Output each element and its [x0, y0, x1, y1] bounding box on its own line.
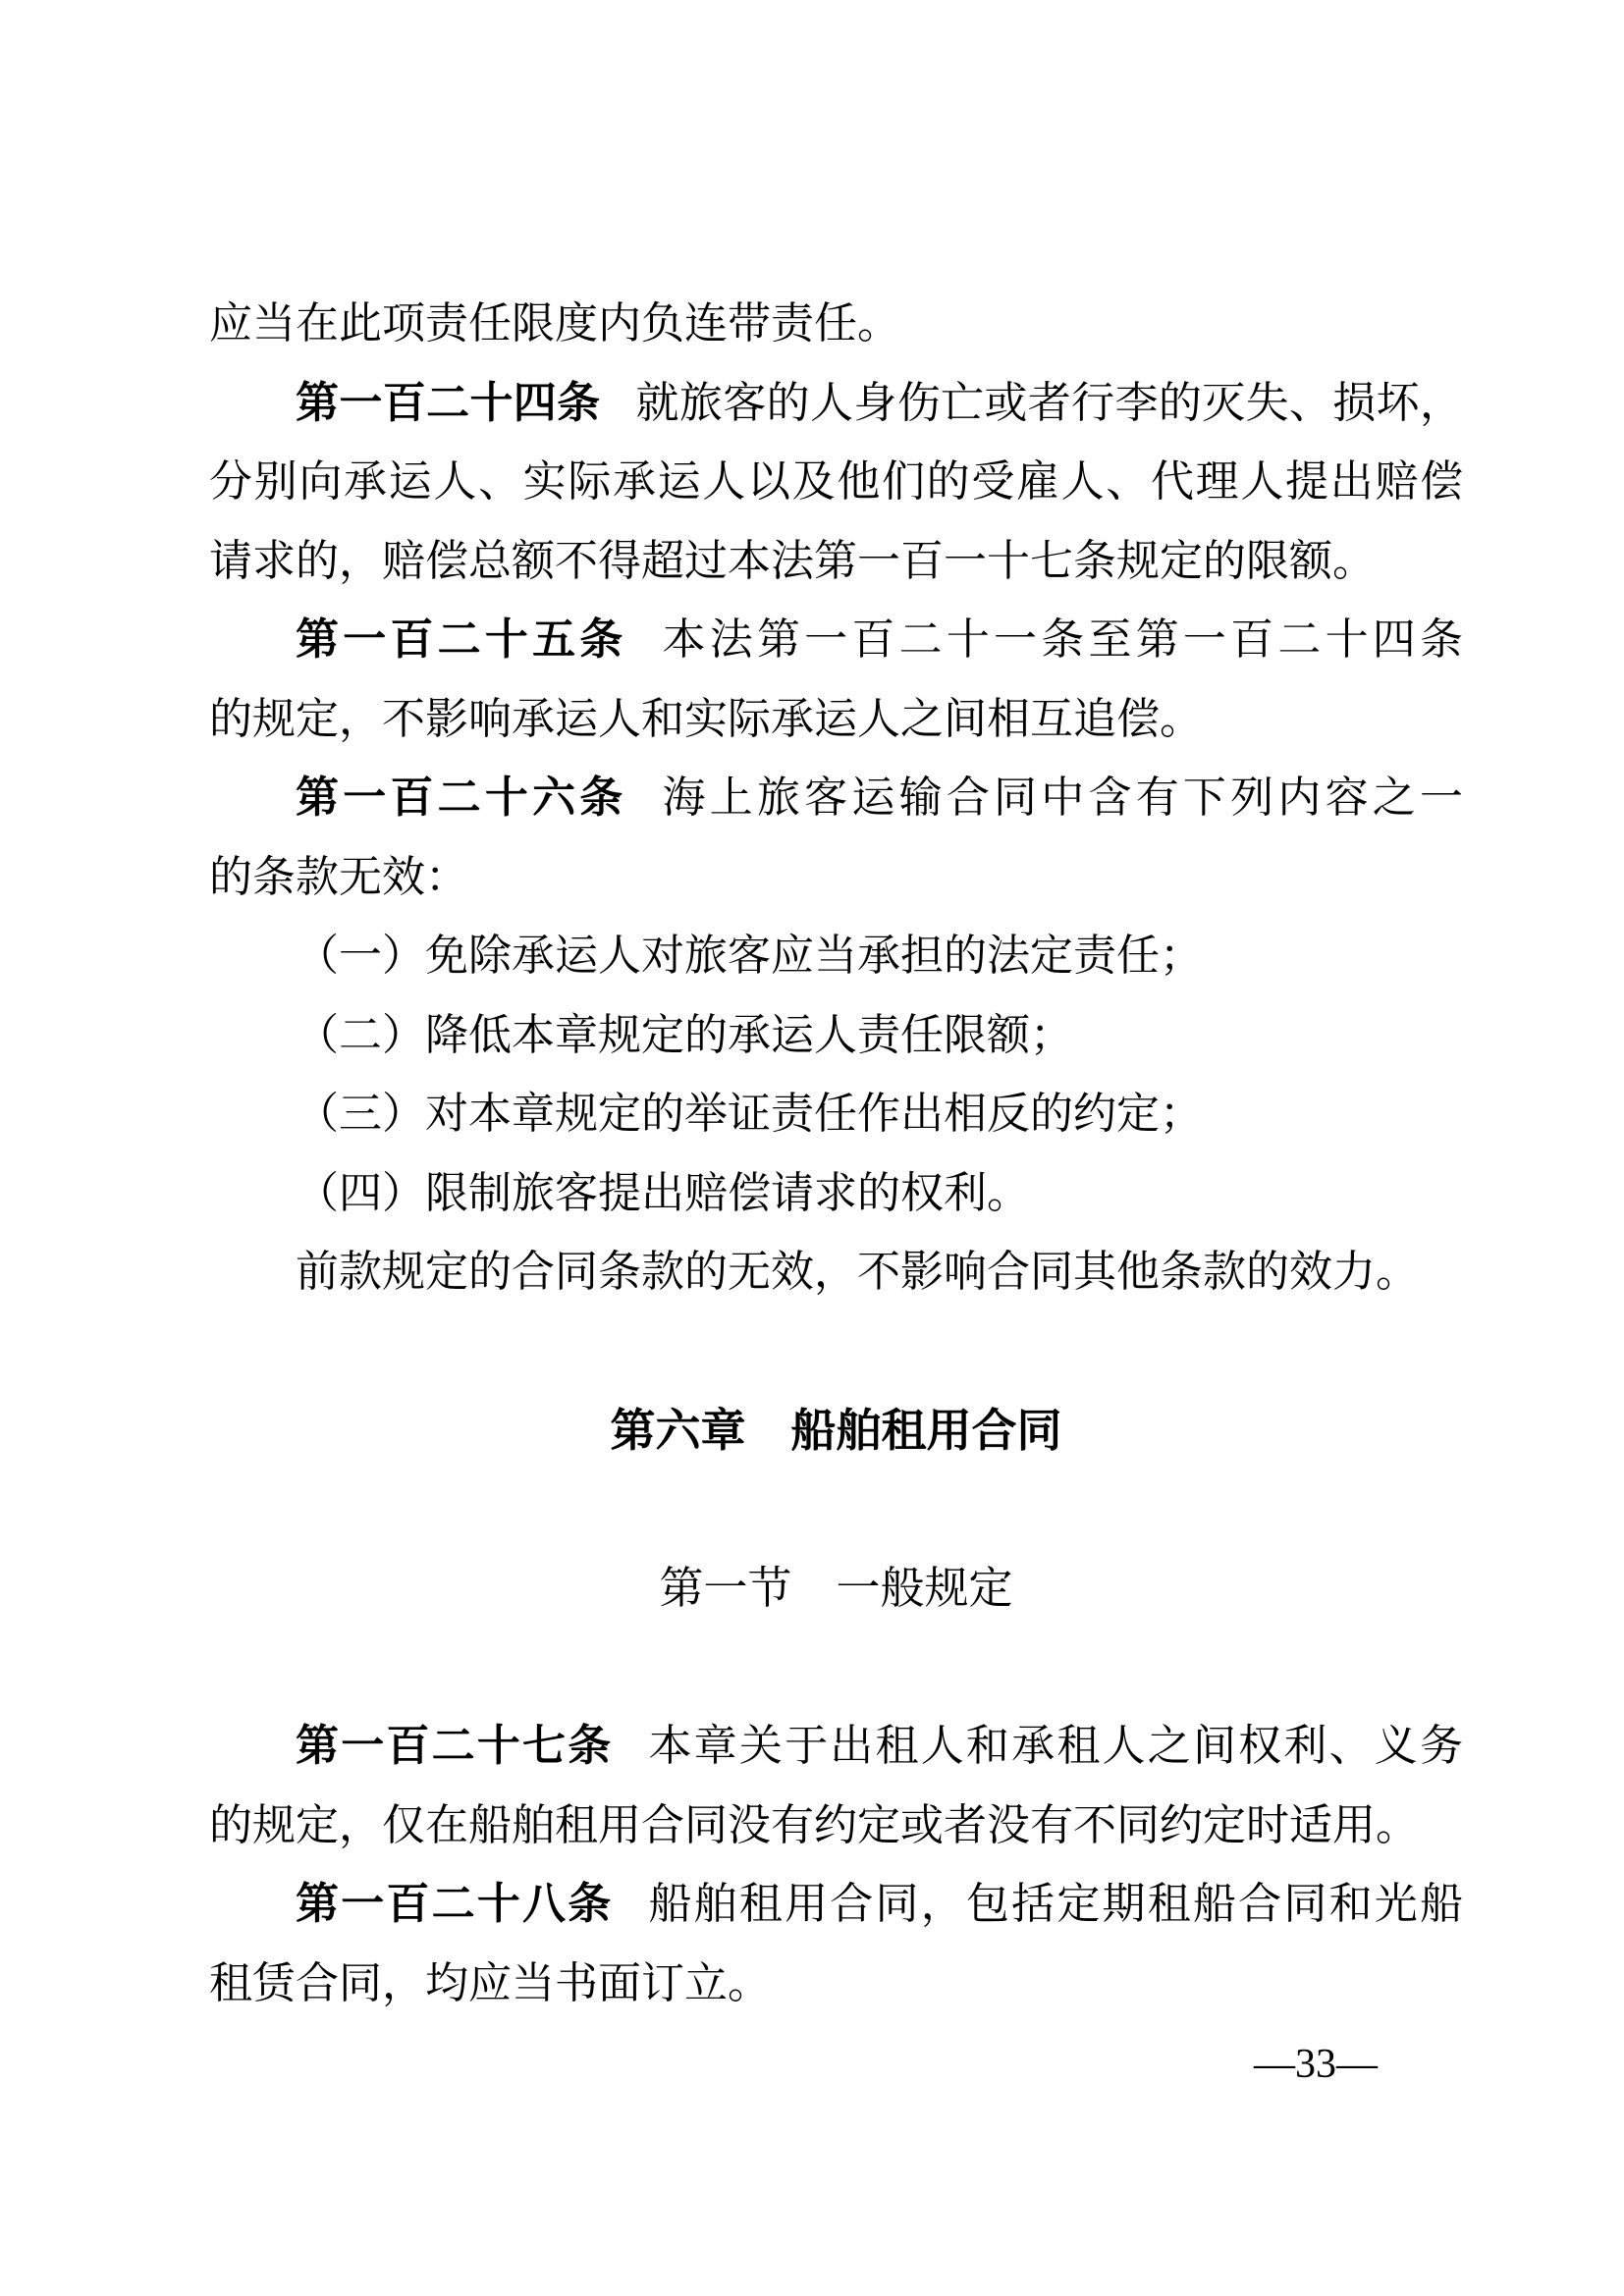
- document-page: { "doc": { "lines": [ { "kind": "plain",…: [0, 0, 1624, 2296]
- article-line: 第一百二十七条本章关于出租人和承租人之间权利、义务: [209, 1707, 1463, 1787]
- chapter-heading: 第六章 船舶租用合同: [209, 1391, 1463, 1470]
- body-line: 租赁合同，均应当书面订立。: [209, 1945, 1463, 2024]
- article-number: 第一百二十四条: [296, 379, 601, 427]
- blank-line: [209, 1629, 1463, 1708]
- article-text: 海上旅客运输合同中含有下列内容之一: [663, 774, 1463, 822]
- article-line: 第一百二十五条本法第一百二十一条至第一百二十四条: [209, 601, 1463, 680]
- body-line: 的规定，不影响承运人和实际承运人之间相互追偿。: [209, 680, 1463, 760]
- blank-line: [209, 1312, 1463, 1392]
- article-text: 本法第一百二十一条至第一百二十四条: [663, 615, 1463, 664]
- body-line: 分别向承运人、实际承运人以及他们的受雇人、代理人提出赔偿: [209, 443, 1463, 522]
- article-line: 第一百二十四条就旅客的人身伤亡或者行李的灭失、损坏，: [209, 364, 1463, 444]
- page-number: —33—: [0, 2042, 1378, 2087]
- article-line: 第一百二十八条船舶租用合同，包括定期租船合同和光船: [209, 1865, 1463, 1945]
- body-line: 的条款无效：: [209, 838, 1463, 918]
- article-text: 就旅客的人身伤亡或者行李的灭失、损坏，: [636, 379, 1463, 427]
- blank-line: [209, 1470, 1463, 1550]
- article-number: 第一百二十六条: [296, 774, 627, 822]
- article-line: 第一百二十六条海上旅客运输合同中含有下列内容之一: [209, 759, 1463, 838]
- body-line: 应当在此项责任限度内负连带责任。: [209, 285, 1463, 364]
- body-line: 请求的，赔偿总额不得超过本法第一百一十七条规定的限额。: [209, 522, 1463, 602]
- article-text: 本章关于出租人和承租人之间权利、义务: [648, 1722, 1463, 1770]
- body-line: 的规定，仅在船舶租用合同没有约定或者没有不同约定时适用。: [209, 1787, 1463, 1866]
- article-text: 船舶租用合同，包括定期租船合同和光船: [648, 1880, 1463, 1928]
- article-number: 第一百二十五条: [296, 615, 627, 664]
- section-heading: 第一节 一般规定: [209, 1549, 1463, 1629]
- list-item-line: （二）降低本章规定的承运人责任限额；: [209, 996, 1463, 1076]
- paragraph-line: 前款规定的合同条款的无效，不影响合同其他条款的效力。: [209, 1233, 1463, 1312]
- document-body: 应当在此项责任限度内负连带责任。 第一百二十四条就旅客的人身伤亡或者行李的灭失、…: [209, 285, 1463, 2023]
- list-item-line: （三）对本章规定的举证责任作出相反的约定；: [209, 1075, 1463, 1154]
- list-item-line: （四）限制旅客提出赔偿请求的权利。: [209, 1154, 1463, 1234]
- article-number: 第一百二十八条: [296, 1880, 613, 1928]
- list-item-line: （一）免除承运人对旅客应当承担的法定责任；: [209, 917, 1463, 996]
- article-number: 第一百二十七条: [296, 1722, 613, 1770]
